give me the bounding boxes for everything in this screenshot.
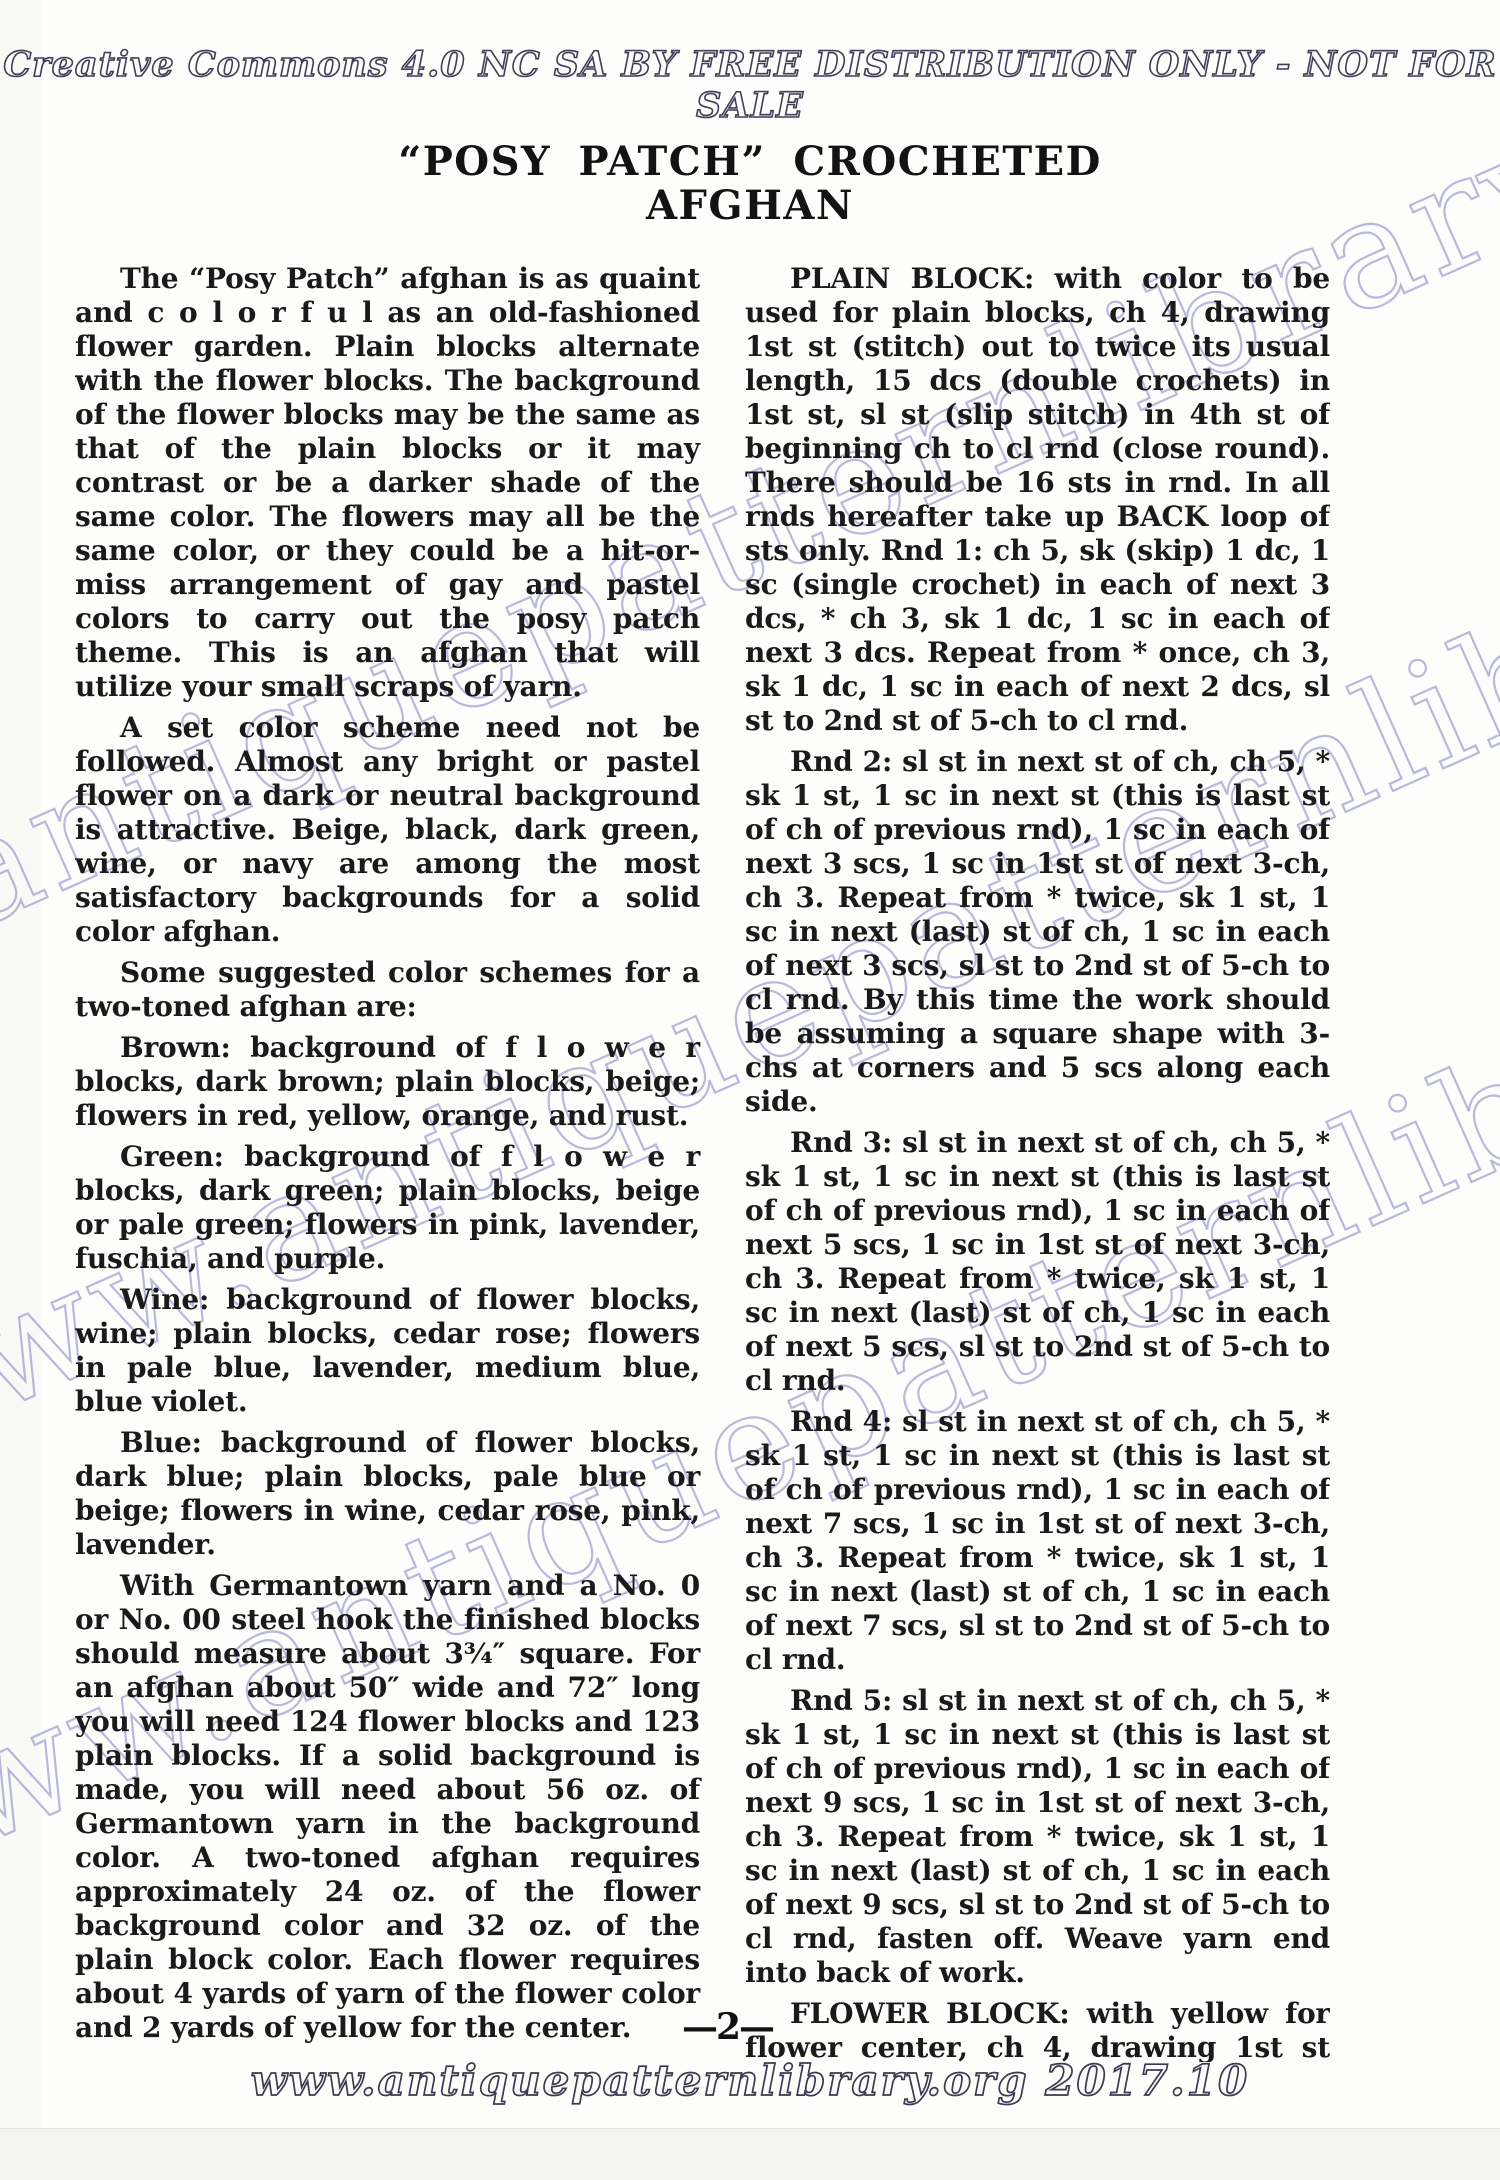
paragraph: Rnd 2: sl st in next st of ch, ch 5, * s… [745, 745, 1330, 1119]
page-number: —2— [0, 2006, 1455, 2048]
license-banner: Creative Commons 4.0 NC SA BY FREE DISTR… [0, 0, 1500, 126]
paragraph: The “Posy Patch” afghan is as quaint and… [75, 262, 700, 704]
paragraph: Some suggested color schemes for a two-t… [75, 956, 700, 1024]
paragraph: With Germantown yarn and a No. 0 or No. … [75, 1569, 700, 2045]
paragraph: A set color scheme need not be followed.… [75, 711, 700, 949]
scan-crease [0, 2128, 1500, 2180]
page-title: “POSY PATCH” CROCHETED AFGHAN [0, 140, 1500, 228]
paragraph: Brown: background of f l o w e r blocks,… [75, 1031, 700, 1133]
paragraph: Rnd 5: sl st in next st of ch, ch 5, * s… [745, 1684, 1330, 1990]
page-title-line-1: “POSY PATCH” CROCHETED [0, 140, 1500, 184]
paragraph: Rnd 4: sl st in next st of ch, ch 5, * s… [745, 1405, 1330, 1677]
paragraph: Rnd 3: sl st in next st of ch, ch 5, * s… [745, 1126, 1330, 1398]
footer-url: www.antiquepatternlibrary.org 2017.10 [0, 2056, 1500, 2105]
paragraph: PLAIN BLOCK: with color to be used for p… [745, 262, 1330, 738]
paragraph: Wine: background of flower blocks, wine;… [75, 1283, 700, 1419]
text-columns: The “Posy Patch” afghan is as quaint and… [75, 262, 1330, 2062]
left-column: The “Posy Patch” afghan is as quaint and… [75, 262, 700, 2062]
right-column: PLAIN BLOCK: with color to be used for p… [745, 262, 1330, 2062]
page-title-line-2: AFGHAN [0, 184, 1500, 228]
paragraph: Green: background of f l o w e r blocks,… [75, 1140, 700, 1276]
page-content: Creative Commons 4.0 NC SA BY FREE DISTR… [0, 0, 1500, 2062]
scanned-page: .antiquepatternlibrary.org www.antiquepa… [0, 0, 1500, 2180]
paragraph: Blue: background of flower blocks, dark … [75, 1426, 700, 1562]
